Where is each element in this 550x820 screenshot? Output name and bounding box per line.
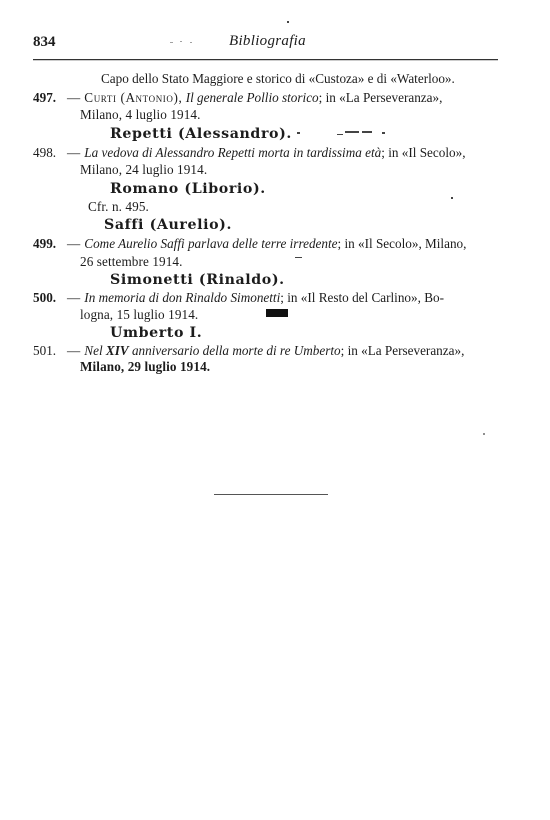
- author-heading: Romano (Liborio).: [110, 181, 266, 197]
- author-heading: Umberto I.: [110, 325, 202, 341]
- scan-speck: [451, 197, 453, 199]
- bibliography-entry-501: 501.— Nel XIV anniversario della morte d…: [33, 343, 499, 359]
- entry-line: Curti (Antonio), Il generale Pollio stor…: [84, 90, 502, 106]
- entry-continuation: Milano, 29 luglio 1914.: [80, 359, 210, 375]
- scan-speck: [362, 131, 372, 133]
- scan-speck: [190, 42, 192, 43]
- entry-continuation: Milano, 4 luglio 1914.: [80, 107, 201, 123]
- scanned-book-page: 834 Bibliografia Capo dello Stato Maggio…: [0, 0, 550, 820]
- entry-title: Il generale Pollio storico: [186, 90, 319, 105]
- entry-dash: —: [67, 290, 81, 306]
- entry-line: Come Aurelio Saffi parlava delle terre i…: [84, 236, 502, 252]
- entry-continuation: logna, 15 luglio 1914.: [80, 307, 198, 323]
- entry-line: La vedova di Alessandro Repetti morta in…: [84, 145, 502, 161]
- continuation-line: Capo dello Stato Maggiore e storico di «…: [33, 71, 499, 87]
- scan-speck: [345, 131, 359, 133]
- entry-continuation: 26 settembre 1914.: [80, 254, 183, 270]
- entry-author: Curti (Antonio),: [84, 90, 182, 105]
- entry-title: anniversario della morte di re Umberto: [132, 343, 341, 358]
- entry-number: 501.: [33, 343, 67, 359]
- bibliography-entry-497: 497.— Curti (Antonio), Il generale Polli…: [33, 90, 499, 106]
- page-number: 834: [33, 34, 56, 51]
- bibliography-entry-500: 500.— In memoria di don Rinaldo Simonett…: [33, 290, 499, 306]
- entry-source: ; in «La Perseveranza»,: [319, 90, 443, 105]
- bibliography-entry-499: 499.— Come Aurelio Saffi parlava delle t…: [33, 236, 499, 252]
- entry-source: ; in «Il Secolo»,: [381, 145, 465, 160]
- scan-speck: [297, 132, 300, 134]
- author-heading: Repetti (Alessandro).: [110, 126, 292, 142]
- scan-speck: [170, 42, 173, 43]
- scan-speck: [337, 134, 343, 135]
- scan-speck: [295, 257, 302, 258]
- entry-continuation: Milano, 24 luglio 1914.: [80, 162, 207, 178]
- entry-dash: —: [67, 236, 81, 252]
- entry-number: 500.: [33, 290, 67, 306]
- entry-dash: —: [67, 343, 81, 359]
- entry-number: 497.: [33, 90, 67, 106]
- entry-source: ; in «La Perseveranza»,: [341, 343, 465, 358]
- entry-dash: —: [67, 145, 81, 161]
- entry-source: ; in «Il Resto del Carlino», Bo-: [280, 290, 444, 305]
- entry-line: In memoria di don Rinaldo Simonetti; in …: [84, 290, 502, 306]
- cross-reference: Cfr. n. 495.: [88, 199, 149, 215]
- running-title: Bibliografia: [229, 33, 306, 50]
- scan-speck: [180, 41, 182, 42]
- scan-speck: [287, 21, 289, 23]
- section-end-rule: [214, 494, 328, 495]
- entry-number: 499.: [33, 236, 67, 252]
- ink-blot: [266, 309, 288, 317]
- entry-title-prefix: Nel: [84, 343, 102, 358]
- entry-line: Nel XIV anniversario della morte di re U…: [84, 343, 502, 359]
- author-heading: Simonetti (Rinaldo).: [110, 272, 285, 288]
- header-rule-shadow: [33, 60, 498, 61]
- entry-source: ; in «Il Secolo», Milano,: [338, 236, 467, 251]
- scan-speck: [483, 433, 485, 435]
- entry-title: In memoria di don Rinaldo Simonetti: [84, 290, 280, 305]
- entry-title-roman: XIV: [106, 343, 129, 358]
- entry-title: La vedova di Alessandro Repetti morta in…: [84, 145, 381, 160]
- bibliography-entry-498: 498.— La vedova di Alessandro Repetti mo…: [33, 145, 499, 161]
- entry-title: Come Aurelio Saffi parlava delle terre i…: [84, 236, 337, 251]
- entry-dash: —: [67, 90, 81, 106]
- author-heading: Saffi (Aurelio).: [104, 217, 232, 233]
- continuation-text: Capo dello Stato Maggiore e storico di «…: [101, 71, 455, 86]
- scan-speck: [382, 132, 385, 134]
- entry-number: 498.: [33, 145, 67, 161]
